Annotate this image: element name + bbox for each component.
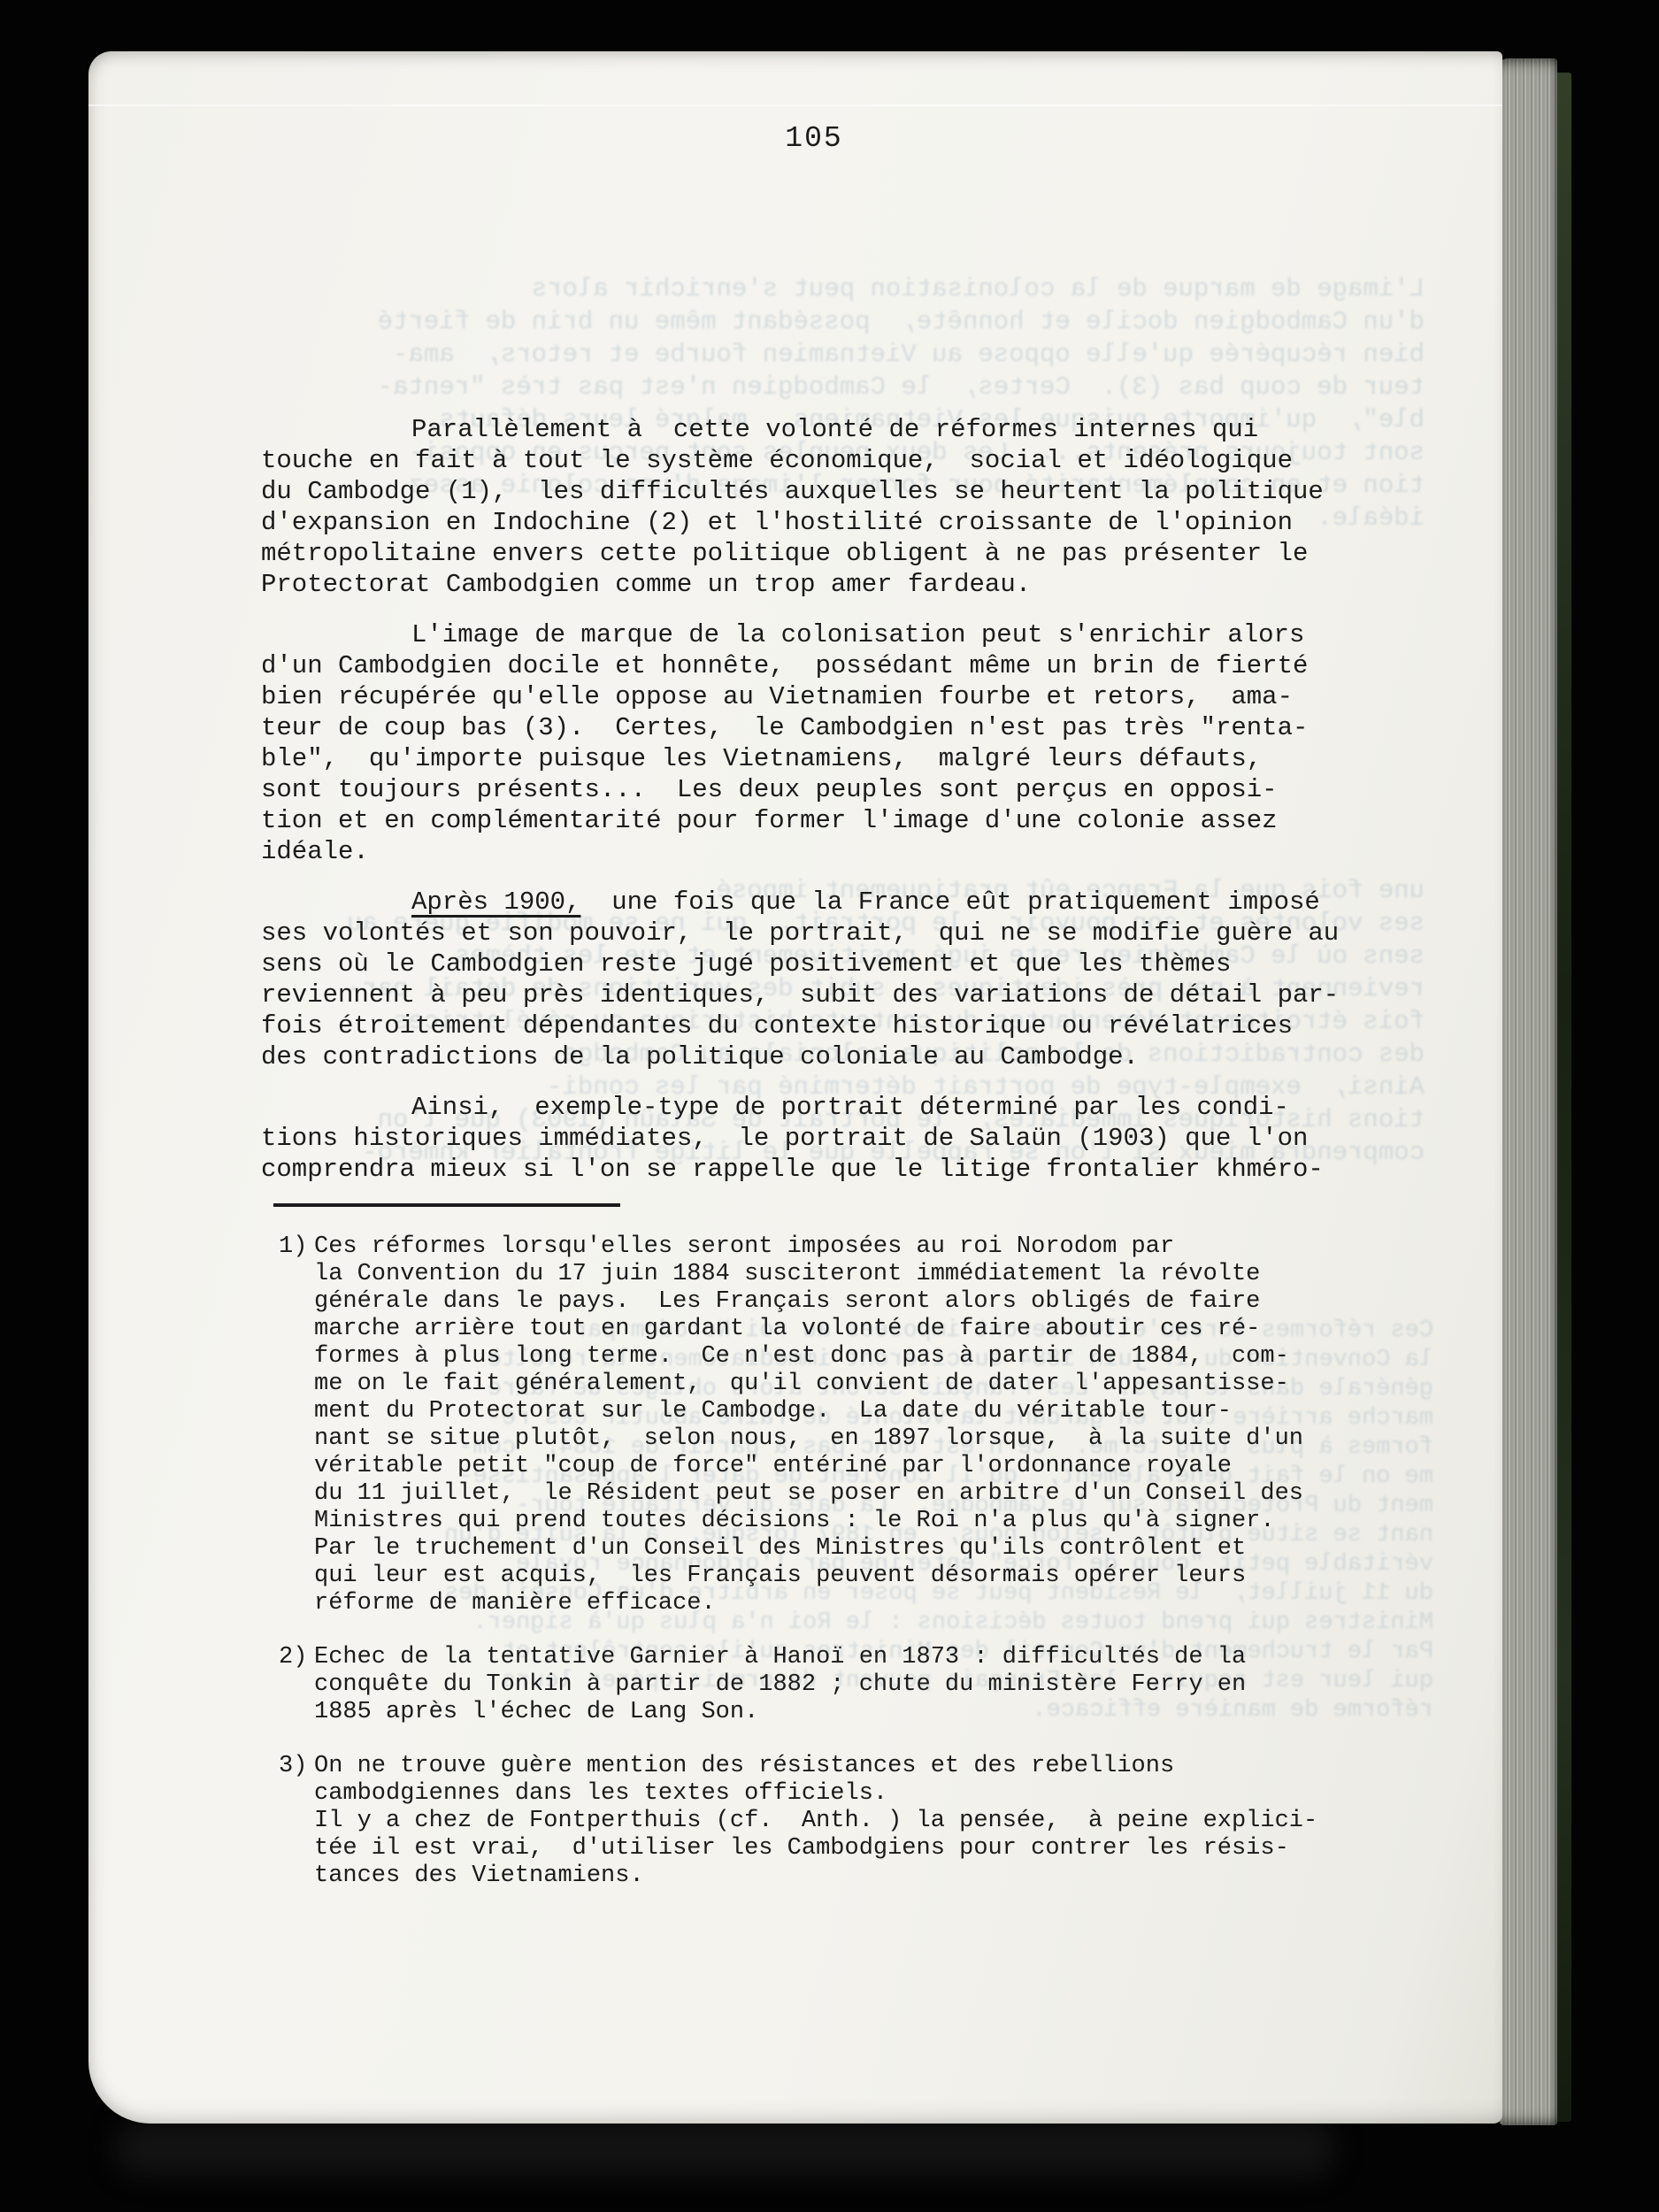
footnotes: 1) Ces réformes lorsqu'elles seront impo… [279, 1233, 1438, 1916]
footnote-marker: 2) [279, 1644, 314, 1726]
printed-page-content: 105 Parallèlement à cette volonté de réf… [88, 51, 1502, 2124]
paragraph-1: Parallèlement à cette volonté de réforme… [261, 414, 1411, 600]
footnote-3: 3) On ne trouve guère mention des résist… [279, 1753, 1438, 1890]
scanned-book-photo: L'image de marque de la colonisation peu… [0, 0, 1659, 2212]
footnote-marker: 3) [279, 1753, 314, 1890]
footnote-text: Ces réformes lorsqu'elles seront imposée… [314, 1233, 1438, 1617]
footnote-marker: 1) [279, 1233, 314, 1617]
footnote-text: On ne trouve guère mention des résistanc… [314, 1753, 1438, 1890]
underlined-phrase: Après 1900, [411, 887, 580, 917]
footnote-2: 2) Echec de la tentative Garnier à Hanoï… [279, 1644, 1438, 1726]
footnote-text: Echec de la tentative Garnier à Hanoï en… [314, 1644, 1438, 1726]
paragraph-4: Ainsi, exemple-type de portrait détermin… [261, 1092, 1411, 1185]
book-cover-edge [1555, 73, 1571, 2122]
paragraph-3: Après 1900, une fois que la France eût p… [261, 887, 1411, 1072]
book-fore-edge-pages [1499, 58, 1557, 2125]
body-text: Parallèlement à cette volonté de réforme… [261, 414, 1411, 1204]
paragraph-2: L'image de marque de la colonisation peu… [261, 619, 1411, 867]
page-number: 105 [743, 122, 885, 155]
page-drop-shadow [115, 2120, 1336, 2177]
footnote-separator-rule [273, 1203, 620, 1207]
footnote-1: 1) Ces réformes lorsqu'elles seront impo… [279, 1233, 1438, 1617]
